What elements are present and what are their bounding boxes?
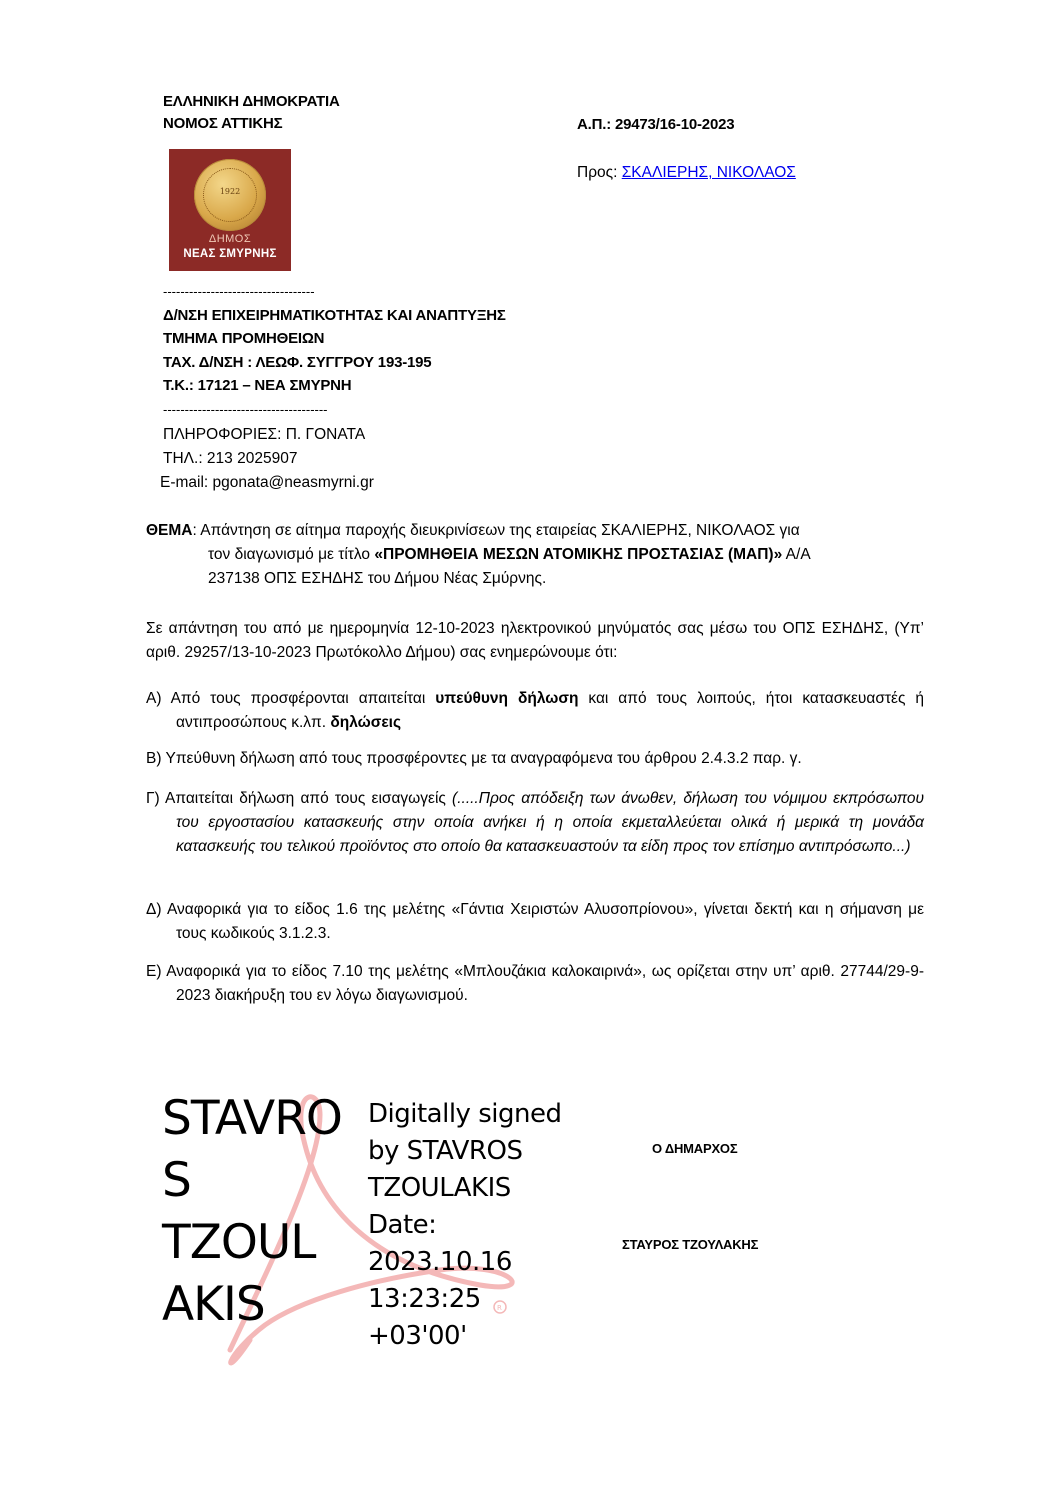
signature-time: 13:23:25 [368,1281,561,1318]
signature-info-line: by STAVROS [368,1133,561,1170]
logo-text-line1: ΔΗΜΟΣ [169,233,291,245]
contact-email: E-mail: pgonata@neasmyrni.gr [160,472,374,494]
subject-text: : Απάντηση σε αίτημα παροχής διευκρινίσε… [193,522,800,539]
clarification-item-e: Ε) Αναφορικά για το είδος 7.10 της μελέτ… [146,960,924,1008]
signer-name-large: STAVRO S TZOUL AKIS [162,1088,367,1336]
digital-signature-info: Digitally signed by STAVROS TZOULAKIS Da… [368,1096,561,1355]
recipient-line: Προς: ΣΚΑΛΙΕΡΗΣ, ΝΙΚΟΛΑΟΣ [577,162,796,184]
signature-info-line: Date: [368,1207,561,1244]
recipient-label: Προς: [577,164,622,181]
signature-info-line: TZOULAKIS [368,1170,561,1207]
signature-timezone: +03'00' [368,1318,561,1355]
recipient-link[interactable]: ΣΚΑΛΙΕΡΗΣ, ΝΙΚΟΛΑΟΣ [622,164,796,181]
contact-person: ΠΛΗΡΟΦΟΡΙΕΣ: Π. ΓΟΝΑΤΑ [163,424,365,446]
signer-name-line: S [162,1150,367,1212]
postcode: Τ.Κ.: 17121 – ΝΕΑ ΣΜΥΡΝΗ [163,375,351,397]
mayor-title: Ο ΔΗΜΑΡΧΟΣ [652,1141,737,1156]
subject-text-cont: Α/Α [782,546,810,563]
postal-address: ΤΑΧ. Δ/ΝΣΗ : ΛΕΩΦ. ΣΥΓΓΡΟΥ 193-195 [163,352,431,374]
clarification-item-a: Α) Από τους προσφέρονται απαιτείται υπεύ… [146,687,924,735]
separator-line: -------------------------------------- [163,402,328,418]
country-heading: ΕΛΛΗΝΙΚΗ ΔΗΜΟΚΡΑΤΙΑ [163,91,340,113]
coin-emblem-icon: 1922 [194,159,266,231]
signature-date: 2023.10.16 [368,1244,561,1281]
item-emphasis: υπεύθυνη δήλωση [435,690,578,707]
logo-text-line2: ΝΕΑΣ ΣΜΥΡΝΗΣ [169,248,291,260]
item-emphasis: δηλώσεις [330,714,401,731]
signer-name-line: STAVRO [162,1088,367,1150]
tender-title: «ΠΡΟΜΗΘΕΙΑ ΜΕΣΩΝ ΑΤΟΜΙΚΗΣ ΠΡΟΣΤΑΣΙΑΣ (ΜΑ… [374,546,782,563]
clarification-item-c: Γ) Απαιτείται δήλωση από τους εισαγωγείς… [146,787,924,859]
prefecture-heading: ΝΟΜΟΣ ΑΤΤΙΚΗΣ [163,113,282,135]
contact-phone: ΤΗΛ.: 213 2025907 [163,448,297,470]
subject-label: ΘΕΜΑ [146,522,193,539]
signature-info-line: Digitally signed [368,1096,561,1133]
coin-year: 1922 [194,187,266,196]
separator-line: ----------------------------------- [163,284,315,300]
clarification-item-d: Δ) Αναφορικά για το είδος 1.6 της μελέτη… [146,898,924,946]
protocol-number: Α.Π.: 29473/16-10-2023 [577,114,734,136]
section-name: ΤΜΗΜΑ ΠΡΟΜΗΘΕΙΩΝ [163,328,324,350]
mayor-name: ΣΤΑΥΡΟΣ ΤΖΟΥΛΑΚΗΣ [622,1237,758,1252]
item-text: Α) Από τους προσφέρονται απαιτείται [146,690,435,707]
clarification-item-b: Β) Υπεύθυνη δήλωση από τους προσφέροντες… [146,747,924,771]
municipality-logo: 1922 ΔΗΜΟΣ ΝΕΑΣ ΣΜΥΡΝΗΣ [169,149,291,271]
signer-name-line: TZOUL [162,1212,367,1274]
item-text: Γ) Απαιτείται δήλωση από τους εισαγωγείς [146,790,452,807]
intro-paragraph: Σε απάντηση του από με ημερομηνία 12-10-… [146,617,924,665]
directorate-name: Δ/ΝΣΗ ΕΠΙΧΕΙΡΗΜΑΤΙΚΟΤΗΤΑΣ ΚΑΙ ΑΝΑΠΤΥΞΗΣ [163,305,506,327]
subject-text-cont: τον διαγωνισμό με τίτλο [208,546,374,563]
signer-name-line: AKIS [162,1274,367,1336]
subject-text-end: 237138 ΟΠΣ ΕΣΗΔΗΣ του Δήμου Νέας Σμύρνης… [208,570,546,587]
subject-block: ΘΕΜΑ: Απάντηση σε αίτημα παροχής διευκρι… [146,519,924,591]
